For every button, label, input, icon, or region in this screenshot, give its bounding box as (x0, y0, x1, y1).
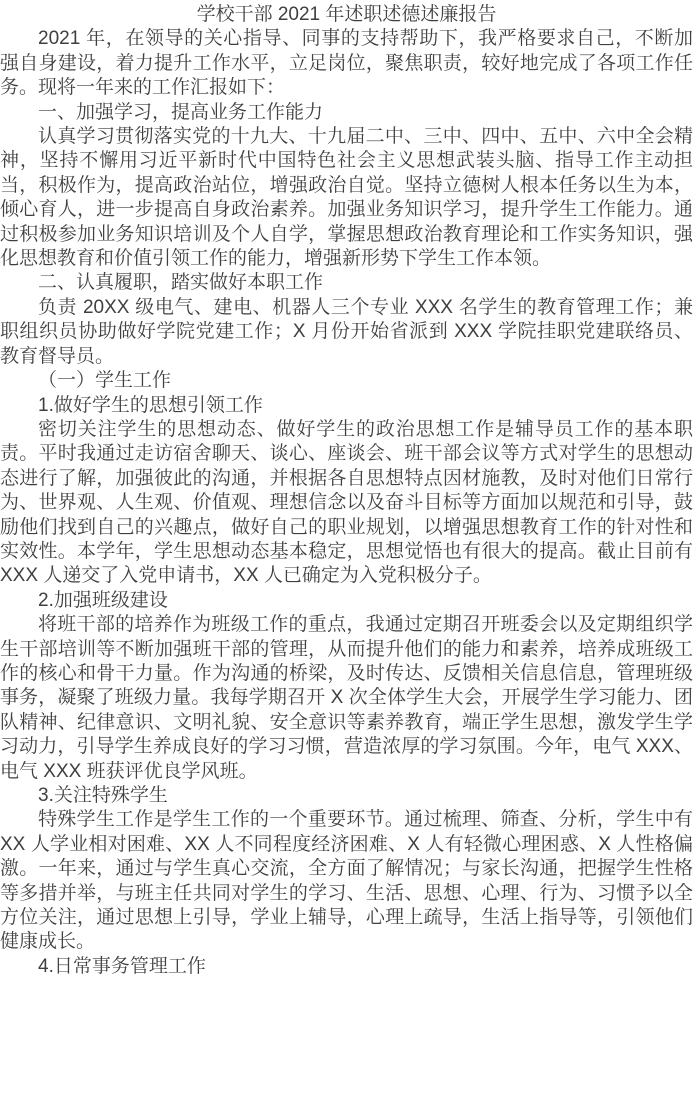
heading-item-4-daily-affairs: 4.日常事务管理工作 (0, 955, 693, 979)
paragraph-study-details: 认真学习贯彻落实党的十九大、十九届二中、三中、四中、五中、六中全会精神，坚持不懈… (0, 125, 693, 271)
paragraph-duties-overview: 负责 20XX 级电气、建电、机器人三个专业 XXX 名学生的教育管理工作；兼职… (0, 296, 693, 369)
paragraph-special-students: 特殊学生工作是学生工作的一个重要环节。通过梳理、筛查、分析，学生中有 XX 人学… (0, 808, 693, 954)
heading-section-1-strengthen-study: 一、加强学习，提高业务工作能力 (0, 101, 693, 125)
paragraph-class-building: 将班干部的培养作为班级工作的重点，我通过定期召开班委会以及定期组织学生干部培训等… (0, 613, 693, 784)
heading-sub-1-student-work: （一）学生工作 (0, 369, 693, 393)
heading-item-3-special-students: 3.关注特殊学生 (0, 784, 693, 808)
intro-paragraph: 2021 年，在领导的关心指导、同事的支持帮助下，我严格要求自己，不断加强自身建… (0, 27, 693, 100)
document-title: 学校干部 2021 年述职述德述廉报告 (0, 3, 693, 27)
paragraph-thought-guidance: 密切关注学生的思想动态、做好学生的政治思想工作是辅导员工作的基本职责。平时我通过… (0, 418, 693, 589)
heading-item-1-thought-guidance: 1.做好学生的思想引领工作 (0, 394, 693, 418)
heading-item-2-class-building: 2.加强班级建设 (0, 589, 693, 613)
report-document: 学校干部 2021 年述职述德述廉报告 2021 年，在领导的关心指导、同事的支… (0, 0, 693, 1097)
heading-section-2-perform-duties: 二、认真履职，踏实做好本职工作 (0, 271, 693, 295)
